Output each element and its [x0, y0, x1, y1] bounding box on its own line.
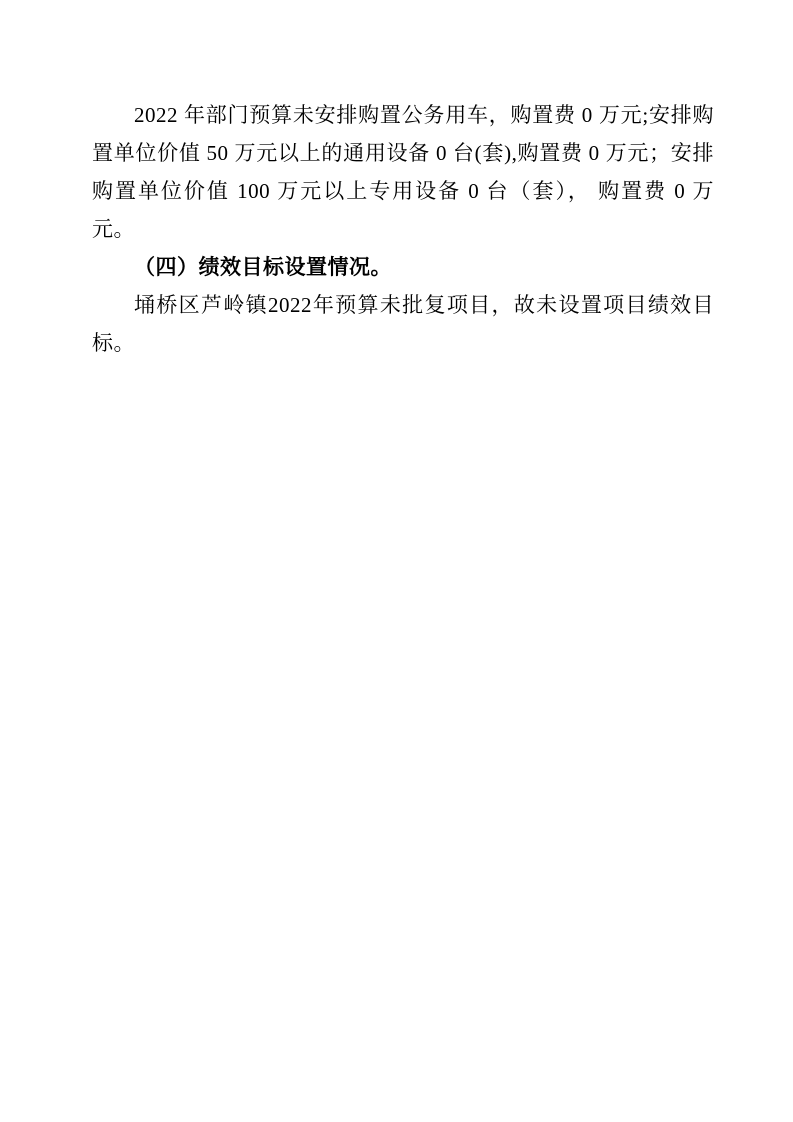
paragraph-performance-targets-status: 埇桥区芦岭镇2022年预算未批复项目，故未设置项目绩效目标。 [92, 286, 714, 362]
section-heading-performance-targets: （四）绩效目标设置情况。 [92, 248, 714, 286]
document-page: 2022 年部门预算未安排购置公务用车，购置费 0 万元;安排购置单位价值 50… [0, 0, 793, 1122]
paragraph-vehicle-equipment-budget: 2022 年部门预算未安排购置公务用车，购置费 0 万元;安排购置单位价值 50… [92, 96, 714, 248]
document-content: 2022 年部门预算未安排购置公务用车，购置费 0 万元;安排购置单位价值 50… [92, 96, 714, 362]
